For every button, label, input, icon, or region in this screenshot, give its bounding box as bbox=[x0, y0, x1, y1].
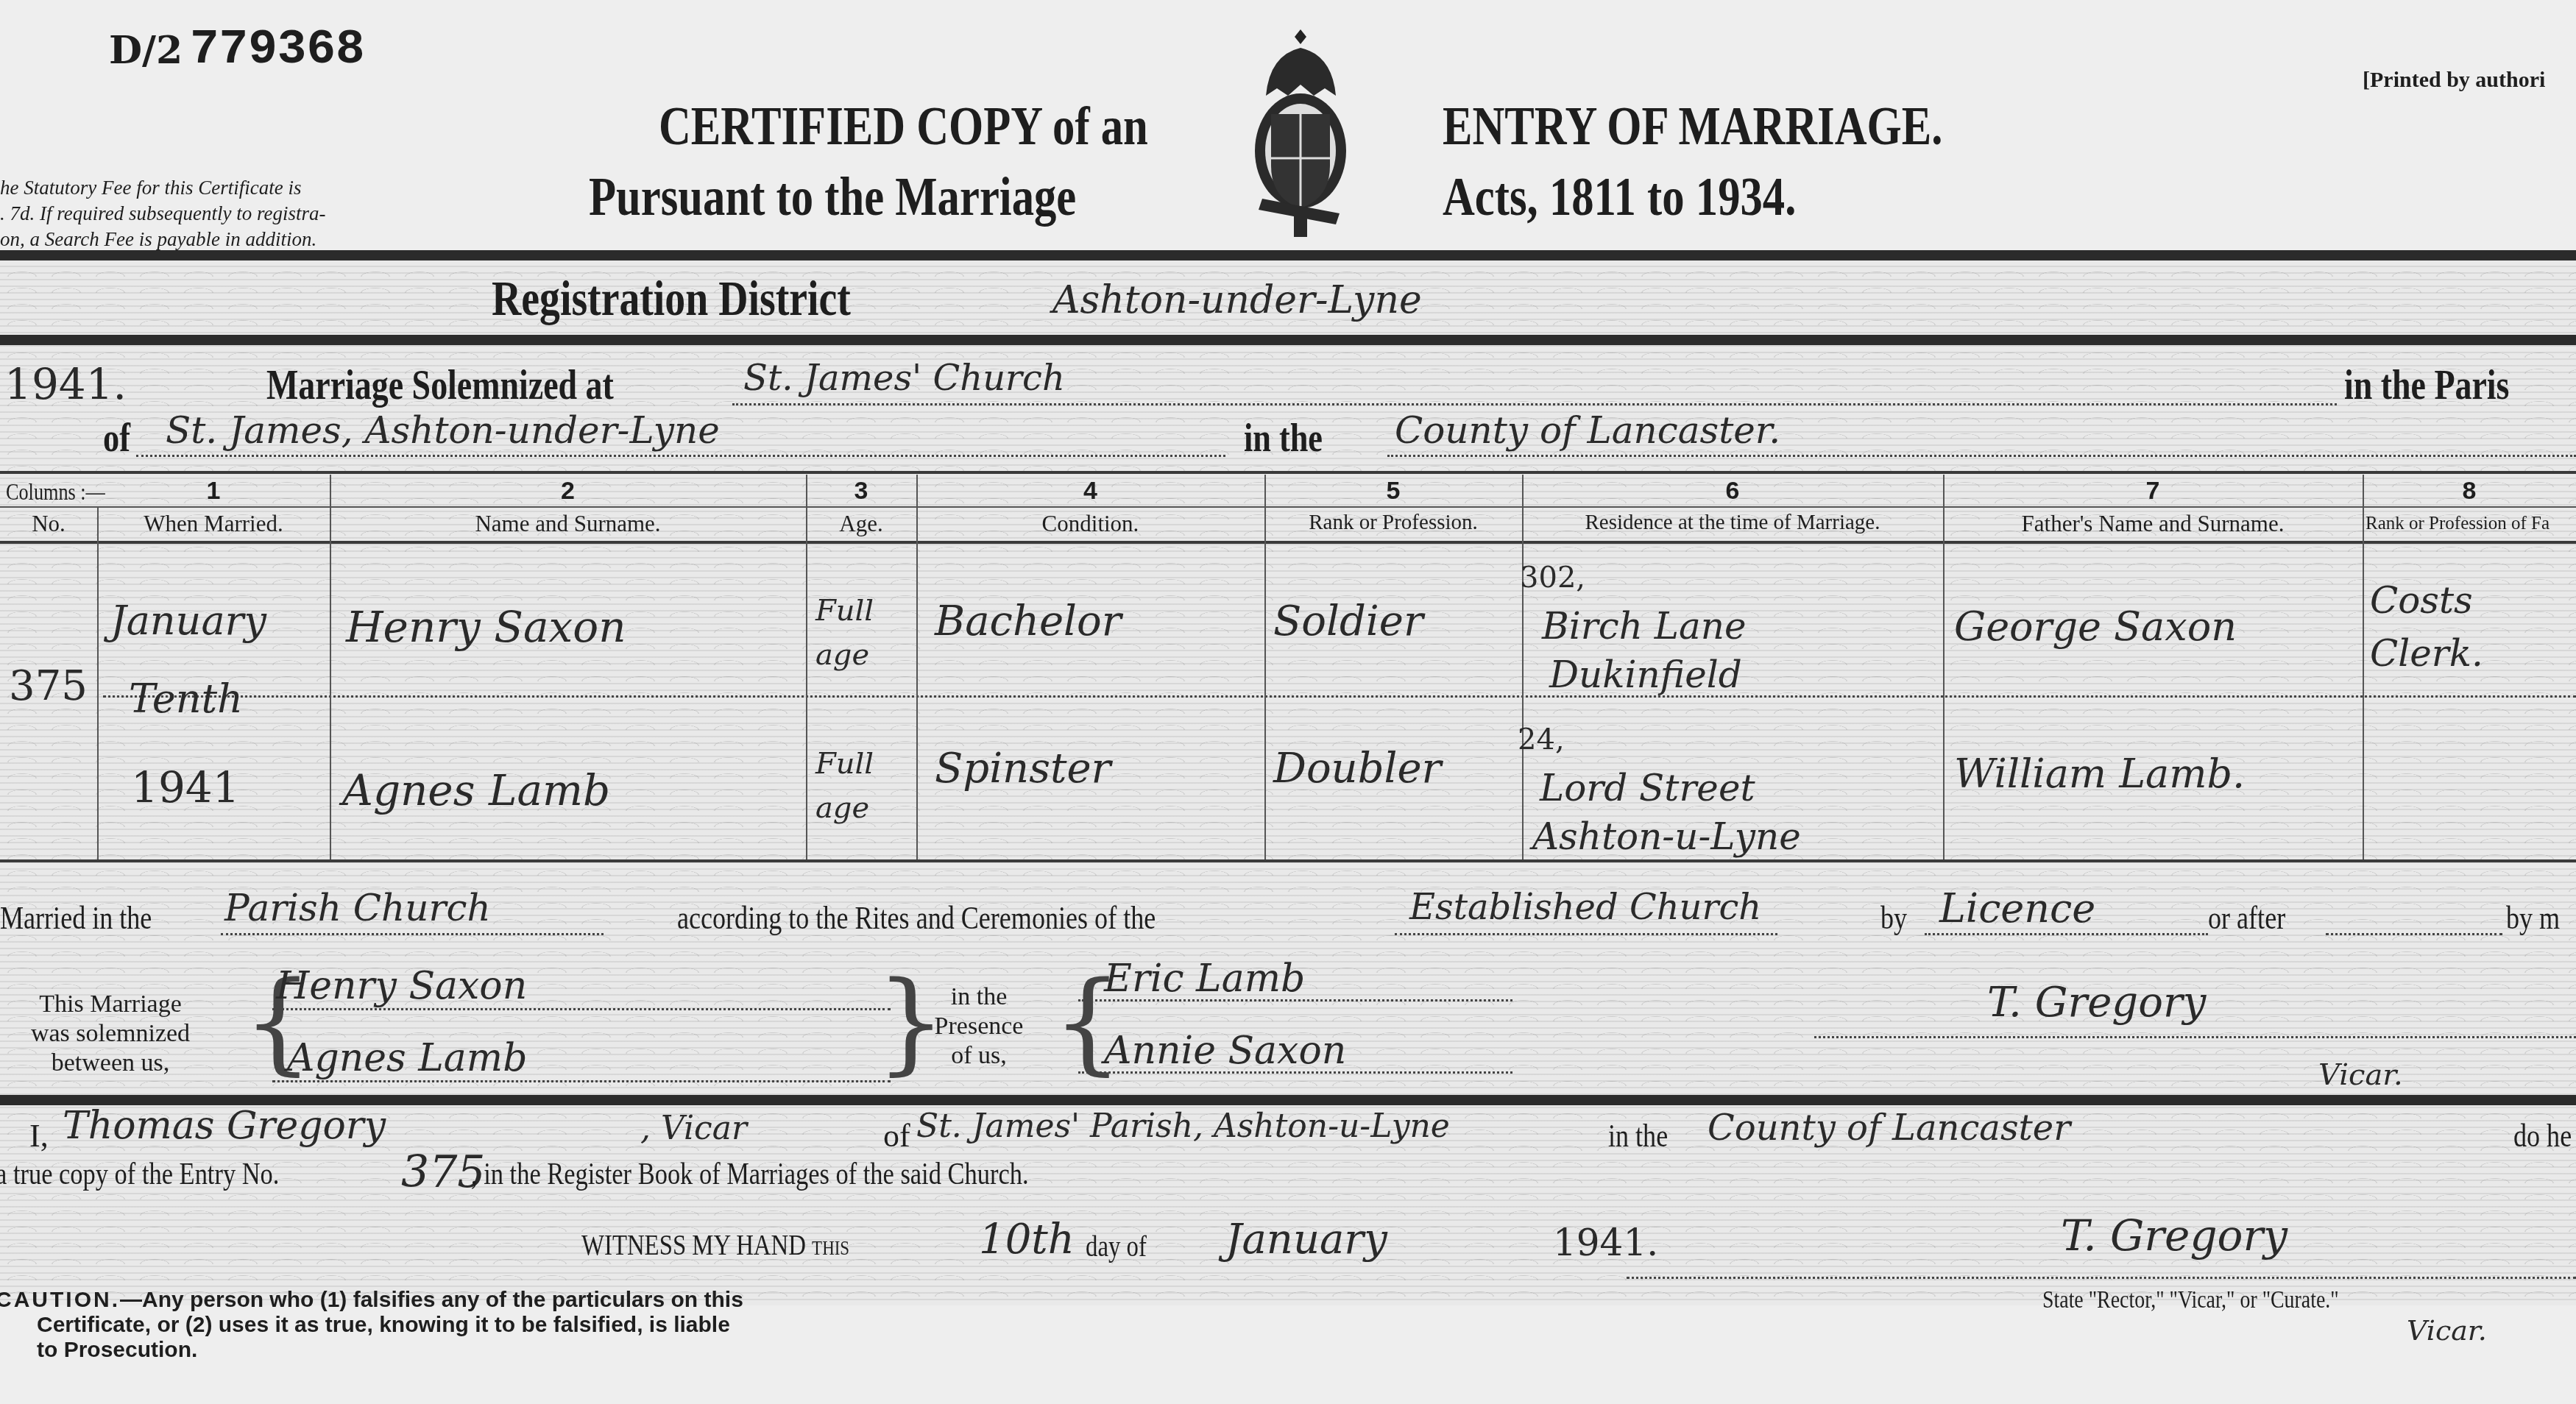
fee-note-line: . 7d. If required subsequently to regist… bbox=[0, 201, 325, 227]
cert-i-label: I, bbox=[29, 1117, 49, 1155]
fee-note-line: on, a Search Fee is payable in addition. bbox=[0, 227, 325, 252]
registration-district-value: Ashton-under-Lyne bbox=[1052, 278, 1422, 322]
column-header-residence: Residence at the time of Marriage. bbox=[1522, 511, 1943, 535]
parish-line bbox=[136, 455, 1225, 457]
district-rule bbox=[0, 335, 2576, 345]
cert-county: County of Lancaster bbox=[1708, 1107, 2070, 1149]
caution-lead: CAUTION. bbox=[0, 1288, 120, 1312]
groom-profession: Soldier bbox=[1273, 598, 1423, 645]
by-me-label: by m bbox=[2506, 899, 2572, 937]
officiant-signature: T. Gregory bbox=[1987, 979, 2206, 1027]
table-bottom-rule bbox=[0, 859, 2576, 862]
or-after-label: or after bbox=[2208, 899, 2302, 937]
bride-name: Agnes Lamb bbox=[342, 765, 610, 815]
solemnized-place: St. James' Church bbox=[743, 358, 1065, 399]
groom-father-profession: Costs Clerk. bbox=[2370, 574, 2483, 680]
col-divider bbox=[97, 508, 99, 859]
when-married-day: Tenth bbox=[129, 676, 243, 722]
cert-day: 10th bbox=[979, 1216, 1075, 1263]
table-num-rule bbox=[0, 506, 2576, 508]
by-value: Licence bbox=[1939, 885, 2095, 932]
title-right-2: Acts, 1811 to 1934. bbox=[1443, 166, 1874, 229]
married-in-value: Parish Church bbox=[224, 887, 491, 929]
true-copy-label: a true copy of the Entry No. bbox=[0, 1157, 342, 1192]
cert-year: 1941. bbox=[1553, 1222, 1658, 1264]
groom-age: Fullage bbox=[815, 589, 874, 677]
title-left-1: CERTIFIED COPY of an bbox=[659, 96, 1256, 158]
state-value: Vicar. bbox=[2407, 1314, 2487, 1347]
county-line bbox=[1387, 455, 2576, 457]
by-label: by bbox=[1880, 899, 1913, 937]
column-header-no: No. bbox=[0, 511, 97, 537]
rites-line bbox=[1395, 933, 1777, 935]
column-header-when-married: When Married. bbox=[97, 511, 330, 537]
by-line bbox=[1925, 933, 2208, 935]
column-number: 1 bbox=[97, 477, 330, 506]
witness-hand-label: WITNESS MY HAND this bbox=[581, 1227, 908, 1262]
do-hereby-label: do he bbox=[2513, 1117, 2576, 1155]
entry-number: 375 bbox=[9, 662, 88, 710]
fee-note-line: he Statutory Fee for this Certificate is bbox=[0, 175, 325, 201]
groom-signature-line bbox=[272, 1008, 891, 1010]
bride-residence: 24, Lord Street Ashton-u-Lyne bbox=[1518, 715, 1801, 861]
table-header-rule bbox=[0, 541, 2576, 544]
officiant-line bbox=[1814, 1036, 2576, 1038]
column-number: 2 bbox=[330, 477, 806, 506]
certifier-name: Thomas Gregory bbox=[63, 1104, 386, 1148]
column-number: 7 bbox=[1943, 477, 2363, 506]
marriage-solemnized-label: Marriage Solemnized at bbox=[266, 362, 690, 409]
bride-signature: Agnes Lamb bbox=[287, 1036, 527, 1080]
bride-age: Fullage bbox=[815, 742, 874, 830]
certifier-signature: T. Gregory bbox=[2061, 1210, 2287, 1261]
fee-note: he Statutory Fee for this Certificate is… bbox=[0, 175, 325, 252]
certifier-signature-line bbox=[1627, 1277, 2576, 1279]
bride-signature-line bbox=[272, 1080, 891, 1082]
married-in-label: Married in the bbox=[0, 899, 185, 937]
parish-value: St. James, Ashton-under-Lyne bbox=[166, 409, 720, 452]
column-header-father-name: Father's Name and Surname. bbox=[1943, 511, 2363, 537]
groom-signature: Henry Saxon bbox=[276, 964, 527, 1008]
solemnized-between-label: This Marriage was solemnized between us, bbox=[0, 990, 221, 1078]
column-header-father-profession: Rank or Profession of Fa bbox=[2366, 514, 2550, 534]
groom-name: Henry Saxon bbox=[346, 602, 626, 652]
cert-in-the-label: in the bbox=[1608, 1117, 1681, 1155]
header-rule bbox=[0, 250, 2576, 260]
serial-number: 779368 bbox=[190, 22, 365, 77]
certifier-title: , Vicar bbox=[640, 1110, 747, 1147]
in-the-parish-label: in the Paris bbox=[2344, 362, 2546, 409]
register-book-label: , in the Register Book of Marriages of t… bbox=[471, 1157, 1151, 1192]
when-married-year: 1941 bbox=[131, 762, 240, 812]
bride-father-name: William Lamb. bbox=[1954, 751, 2245, 797]
rites-value: Established Church bbox=[1409, 887, 1761, 928]
witness-1-line bbox=[1078, 999, 1512, 1001]
state-note: State "Rector," "Vicar," or "Curate." bbox=[2042, 1286, 2404, 1314]
cert-of-label: of bbox=[883, 1117, 910, 1155]
when-married-month: January bbox=[110, 598, 266, 644]
caution-note: CAUTION.—Any person who (1) falsifies an… bbox=[0, 1288, 743, 1363]
column-header-profession: Rank or Profession. bbox=[1264, 511, 1522, 535]
title-left-2: Pursuant to the Marriage bbox=[589, 166, 1183, 229]
column-number: 5 bbox=[1264, 477, 1522, 506]
royal-crest-icon bbox=[1251, 26, 1351, 239]
married-in-line bbox=[221, 933, 604, 935]
cert-parish: St. James' Parish, Ashton-u-Lyne bbox=[916, 1107, 1450, 1145]
solemnized-place-line bbox=[732, 403, 2337, 405]
groom-condition: Bachelor bbox=[935, 598, 1122, 645]
or-after-line bbox=[2326, 933, 2502, 935]
according-label: according to the Rites and Ceremonies of… bbox=[677, 899, 1261, 937]
witness-2-signature: Annie Saxon bbox=[1104, 1029, 1346, 1073]
county-value: County of Lancaster. bbox=[1395, 409, 1780, 452]
of-label: of bbox=[103, 415, 136, 461]
serial-prefix: D/2 bbox=[109, 28, 183, 73]
presence-label: in the Presence of us, bbox=[905, 982, 1052, 1071]
column-header-condition: Condition. bbox=[916, 511, 1264, 537]
column-number: 3 bbox=[806, 477, 916, 506]
certification-rule bbox=[0, 1095, 2576, 1105]
officiant-title: Vicar. bbox=[2318, 1058, 2403, 1092]
table-row-divider bbox=[103, 695, 2576, 698]
table-top-rule bbox=[0, 471, 2576, 474]
column-header-name: Name and Surname. bbox=[330, 511, 806, 537]
witness-1-signature: Eric Lamb bbox=[1104, 957, 1305, 1001]
solemnized-year: 1941. bbox=[4, 359, 127, 409]
column-number: 4 bbox=[916, 477, 1264, 506]
groom-father-name: George Saxon bbox=[1954, 603, 2237, 650]
column-number: 6 bbox=[1522, 477, 1943, 506]
cert-month: January bbox=[1225, 1216, 1387, 1263]
title-right-1: ENTRY OF MARRIAGE. bbox=[1443, 96, 2053, 158]
groom-residence: 302, Birch Lane Dukinfield bbox=[1520, 553, 1747, 699]
bride-profession: Doubler bbox=[1273, 745, 1441, 793]
day-of-label: day of bbox=[1086, 1229, 1160, 1263]
registration-district-label: Registration District bbox=[492, 269, 930, 327]
in-the-county-label: in the bbox=[1244, 415, 1340, 461]
witness-2-line bbox=[1078, 1071, 1512, 1074]
printed-by-note: [Printed by authori bbox=[2363, 68, 2545, 93]
col-divider bbox=[2363, 475, 2364, 859]
bride-condition: Spinster bbox=[935, 745, 1111, 793]
column-number: 8 bbox=[2363, 477, 2576, 506]
column-header-age: Age. bbox=[806, 511, 916, 537]
